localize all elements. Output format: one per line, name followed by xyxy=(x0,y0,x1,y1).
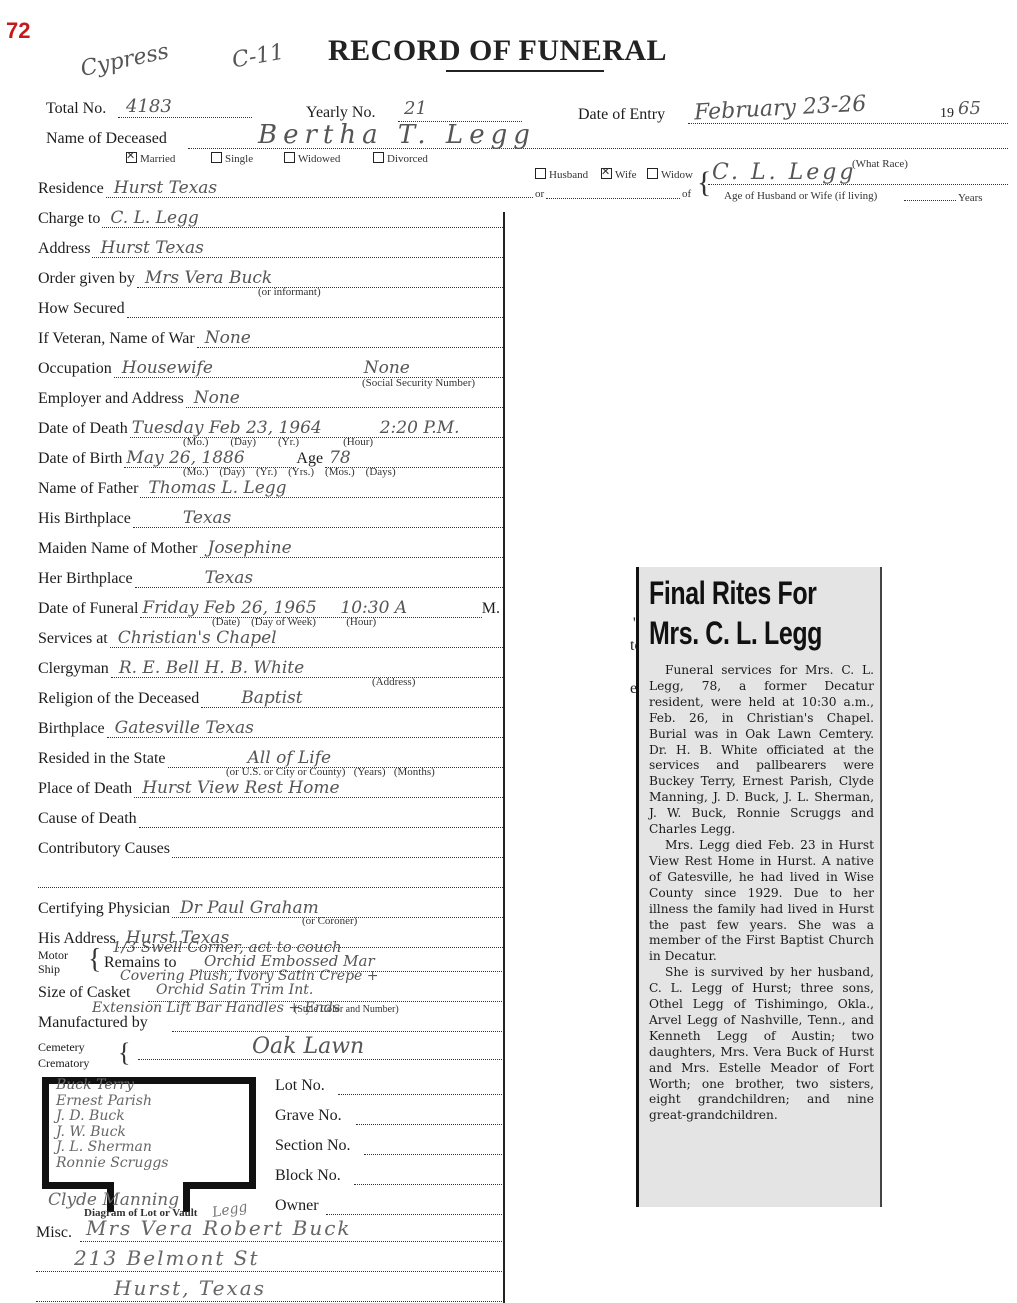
clipping-headline-1: Final Rites For xyxy=(649,573,825,613)
motor-ship-group: MotorShip xyxy=(38,948,68,976)
grave-no-line xyxy=(356,1124,502,1125)
widow-label: Widow xyxy=(661,169,693,181)
age-value: 78 xyxy=(329,448,351,468)
wife-label: Wife xyxy=(615,169,637,181)
spouse-wife[interactable]: Wife xyxy=(601,168,637,181)
clipping-paragraph: Mrs. Legg died Feb. 23 in Hurst View Res… xyxy=(649,838,874,965)
widowed-label: Widowed xyxy=(298,153,340,165)
services-at-label: Services at xyxy=(38,630,108,648)
crematory-label: Crematory xyxy=(38,1055,89,1071)
field-physician[interactable]: Certifying PhysicianDr Paul Graham xyxy=(38,896,503,918)
date-of-death-value: Tuesday Feb 23, 1964 xyxy=(132,418,322,438)
religion-label: Religion of the Deceased xyxy=(38,690,199,708)
time-of-death-value: 2:20 P.M. xyxy=(380,418,460,438)
employer-label: Employer and Address xyxy=(38,390,184,408)
field-how-secured[interactable]: How Secured xyxy=(38,296,503,318)
birthplace-value: Gatesville Texas xyxy=(115,718,254,738)
total-no-label: Total No. xyxy=(46,100,106,118)
of-label: of xyxy=(682,188,691,200)
physician-value: Dr Paul Graham xyxy=(180,898,319,918)
page-number: 72 xyxy=(6,18,30,44)
margin-note-plot: C-11 xyxy=(230,40,286,74)
manufacturer-line xyxy=(172,1031,502,1032)
occupation-value: Housewife xyxy=(122,358,213,378)
resided-value: All of Life xyxy=(248,748,332,768)
date-of-funeral-label: Date of Funeral xyxy=(38,600,138,618)
page-title: RECORD OF FUNERAL xyxy=(328,34,667,68)
mother-label: Maiden Name of Mother xyxy=(38,540,198,558)
margin-note-cemetery: Cypress xyxy=(78,39,171,82)
column-divider xyxy=(503,212,505,1303)
ssn-value: None xyxy=(364,358,410,378)
field-occupation[interactable]: OccupationHousewifeNone xyxy=(38,356,503,378)
charge-to-label: Charge to xyxy=(38,210,100,228)
deceased-name-label: Name of Deceased xyxy=(46,130,167,148)
field-residence[interactable]: Residence Hurst Texas xyxy=(38,176,533,198)
pallbearer: Ronnie Scruggs xyxy=(56,1156,168,1172)
cemetery-line xyxy=(138,1059,502,1060)
cemetery-crematory-group: CemeteryCrematory xyxy=(38,1039,89,1071)
pallbearer: J. D. Buck xyxy=(56,1109,168,1125)
birthplace-label: Birthplace xyxy=(38,720,105,738)
resided-label: Resided in the State xyxy=(38,750,166,768)
field-date-of-funeral[interactable]: Date of FuneralFriday Feb 26, 196510:30 … xyxy=(38,596,500,618)
employer-value: None xyxy=(194,388,240,408)
his-birthplace-value: Texas xyxy=(183,508,232,528)
field-employer[interactable]: Employer and AddressNone xyxy=(38,386,503,408)
lot-diagram-edge xyxy=(42,1182,114,1189)
wife-checkbox[interactable] xyxy=(601,168,612,179)
place-of-death-value: Hurst View Rest Home xyxy=(142,778,339,798)
contributory-causes-label: Contributory Causes xyxy=(38,840,170,858)
misc-label: Misc. xyxy=(36,1224,72,1242)
place-of-death-label: Place of Death xyxy=(38,780,132,798)
field-date-of-death[interactable]: Date of DeathTuesday Feb 23, 19642:20 P.… xyxy=(38,416,503,438)
date-of-entry-year-prefix: 19 xyxy=(940,106,954,122)
lot-no-line xyxy=(338,1094,502,1095)
widow-checkbox[interactable] xyxy=(647,168,658,179)
order-given-by-value: Mrs Vera Buck xyxy=(145,268,272,288)
date-of-entry-value: February 23-26 xyxy=(693,92,866,126)
how-secured-label: How Secured xyxy=(38,300,125,318)
field-birthplace[interactable]: BirthplaceGatesville Texas xyxy=(38,716,503,738)
field-contributory-extra[interactable] xyxy=(38,866,503,888)
field-her-birthplace[interactable]: Her BirthplaceTexas xyxy=(38,566,503,588)
lot-no-label: Lot No. xyxy=(275,1077,325,1095)
misc-line-1 xyxy=(80,1241,502,1242)
or-label: or xyxy=(535,188,544,200)
field-his-birthplace[interactable]: His BirthplaceTexas xyxy=(38,506,503,528)
husband-checkbox[interactable] xyxy=(535,168,546,179)
married-label: Married xyxy=(140,153,175,165)
cause-of-death-label: Cause of Death xyxy=(38,810,137,828)
his-address-label: His Address xyxy=(38,930,116,948)
occupation-label: Occupation xyxy=(38,360,112,378)
field-religion[interactable]: Religion of the DeceasedBaptist xyxy=(38,686,503,708)
field-order-given-by[interactable]: Order given byMrs Vera Buck xyxy=(38,266,503,288)
pallbearer: J. W. Buck xyxy=(56,1125,168,1141)
marital-divorced[interactable]: Divorced xyxy=(373,152,428,165)
clipping-headline-2: Mrs. C. L. Legg xyxy=(649,613,825,653)
father-value: Thomas L. Legg xyxy=(148,478,286,498)
his-birthplace-label: His Birthplace xyxy=(38,510,131,528)
clipping-body: Funeral services for Mrs. C. L. Legg, 78… xyxy=(649,663,874,1124)
date-of-funeral-value: Friday Feb 26, 1965 xyxy=(142,598,316,618)
date-of-birth-label: Date of Birth xyxy=(38,450,122,468)
her-birthplace-label: Her Birthplace xyxy=(38,570,133,588)
field-place-of-death[interactable]: Place of DeathHurst View Rest Home xyxy=(38,776,503,798)
newspaper-clipping: Final Rites For Mrs. C. L. Legg Funeral … xyxy=(636,567,882,1207)
brace-icon: { xyxy=(118,1038,130,1068)
field-father[interactable]: Name of FatherThomas L. Legg xyxy=(38,476,503,498)
spouse-husband[interactable]: Husband xyxy=(535,168,588,181)
cemetery-label: Cemetery xyxy=(38,1039,89,1055)
religion-value: Baptist xyxy=(241,688,302,708)
ship-label: Ship xyxy=(38,962,68,976)
date-of-birth-value: May 26, 1886 xyxy=(126,448,244,468)
husband-label: Husband xyxy=(549,169,588,181)
single-label: Single xyxy=(225,153,253,165)
yearly-no-value: 21 xyxy=(404,98,427,119)
title-underline xyxy=(446,70,604,72)
field-contributory-causes[interactable]: Contributory Causes xyxy=(38,836,503,858)
date-of-death-label: Date of Death xyxy=(38,420,128,438)
motor-label: Motor xyxy=(38,948,68,962)
misc-line-2-value: 213 Belmont St xyxy=(74,1246,259,1270)
or-line xyxy=(546,198,680,199)
field-clergyman[interactable]: ClergymanR. E. Bell H. B. White xyxy=(38,656,503,678)
brace-icon: { xyxy=(697,166,711,200)
what-race-label: (What Race) xyxy=(852,158,908,170)
pallbearer-list: Buck Terry Ernest Parish J. D. Buck J. W… xyxy=(56,1078,168,1171)
veteran-value: None xyxy=(205,328,251,348)
divorced-label: Divorced xyxy=(387,153,428,165)
total-no-line xyxy=(118,117,252,118)
clipping-paragraph: She is survived by her husband, C. L. Le… xyxy=(649,965,874,1124)
date-of-entry-label: Date of Entry xyxy=(578,106,665,124)
spouse-age-label: Age of Husband or Wife (if living) xyxy=(724,190,877,202)
veteran-label: If Veteran, Name of War xyxy=(38,330,195,348)
marital-widowed[interactable]: Widowed xyxy=(284,152,340,165)
spouse-name-value: C. L. Legg xyxy=(712,160,856,185)
field-mother[interactable]: Maiden Name of MotherJosephine xyxy=(38,536,503,558)
divorced-checkbox[interactable] xyxy=(373,152,384,163)
physician-label: Certifying Physician xyxy=(38,900,170,918)
pallbearer: Ernest Parish xyxy=(56,1094,168,1110)
brace-icon: { xyxy=(88,944,101,976)
funeral-ampm-suffix: M. xyxy=(482,600,500,618)
clergyman-value: R. E. Bell H. B. White xyxy=(119,658,304,678)
married-checkbox[interactable] xyxy=(126,152,137,163)
widowed-checkbox[interactable] xyxy=(284,152,295,163)
casket-value: Orchid Satin Trim Int. xyxy=(156,982,313,998)
deceased-name-value: Bertha T. Legg xyxy=(258,120,536,150)
section-no-line xyxy=(364,1154,502,1155)
field-resided[interactable]: Resided in the StateAll of Life xyxy=(38,746,503,768)
manufacturer-label: Manufactured by xyxy=(38,1014,148,1032)
father-label: Name of Father xyxy=(38,480,138,498)
field-charge-to[interactable]: Charge toC. L. Legg xyxy=(38,206,503,228)
mother-value: Josephine xyxy=(208,538,292,558)
clipping-paragraph: Funeral services for Mrs. C. L. Legg, 78… xyxy=(649,663,874,838)
misc-line-2 xyxy=(36,1271,502,1272)
residence-label: Residence xyxy=(38,180,104,198)
block-no-label: Block No. xyxy=(275,1167,341,1185)
lot-diagram-edge xyxy=(183,1182,256,1189)
field-veteran[interactable]: If Veteran, Name of WarNone xyxy=(38,326,503,348)
field-cause-of-death[interactable]: Cause of Death xyxy=(38,806,503,828)
services-at-value: Christian's Chapel xyxy=(118,628,277,648)
grave-no-label: Grave No. xyxy=(275,1107,342,1125)
field-services-at[interactable]: Services atChristian's Chapel xyxy=(38,626,503,648)
style-color-sub: (Style Color and Number) xyxy=(294,1004,399,1015)
her-birthplace-value: Texas xyxy=(205,568,254,588)
field-date-of-birth[interactable]: Date of BirthMay 26, 1886Age78 xyxy=(38,446,503,468)
misc-line-3-value: Hurst, Texas xyxy=(114,1276,266,1300)
owner-label: Owner xyxy=(275,1197,319,1215)
address-value: Hurst Texas xyxy=(100,238,203,258)
spouse-widow[interactable]: Widow xyxy=(647,168,693,181)
address-label: Address xyxy=(38,240,90,258)
pallbearer: Buck Terry xyxy=(56,1078,168,1094)
residence-value: Hurst Texas xyxy=(114,178,217,198)
spouse-age-line xyxy=(904,200,956,201)
block-no-line xyxy=(354,1184,502,1185)
spouse-age-unit: Years xyxy=(958,192,983,204)
date-of-entry-year-suffix: 65 xyxy=(958,98,981,119)
field-address[interactable]: AddressHurst Texas xyxy=(38,236,503,258)
owner-line xyxy=(326,1214,502,1215)
funeral-time-value: 10:30 A xyxy=(340,598,407,618)
misc-line-1-value: Mrs Vera Robert Buck xyxy=(86,1216,352,1240)
pallbearer: J. L. Sherman xyxy=(56,1140,168,1156)
single-checkbox[interactable] xyxy=(211,152,222,163)
charge-to-value: C. L. Legg xyxy=(110,208,198,228)
order-given-by-label: Order given by xyxy=(38,270,135,288)
section-no-label: Section No. xyxy=(275,1137,351,1155)
marital-married[interactable]: Married xyxy=(126,152,175,165)
misc-line-3 xyxy=(36,1301,502,1302)
marital-single[interactable]: Single xyxy=(211,152,253,165)
cemetery-value: Oak Lawn xyxy=(252,1034,364,1059)
clergyman-label: Clergyman xyxy=(38,660,109,678)
total-no-value: 4183 xyxy=(126,96,172,117)
